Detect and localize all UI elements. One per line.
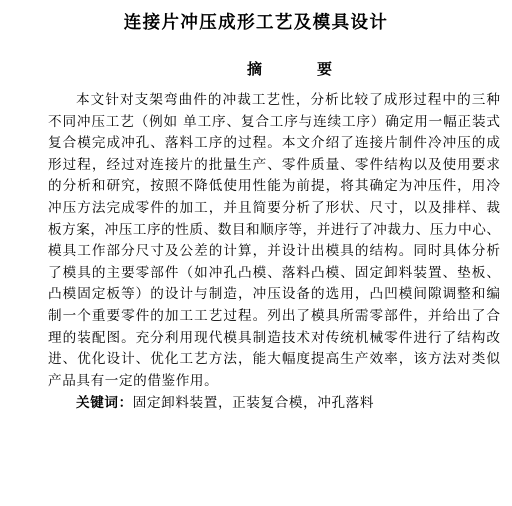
keywords-value: 固定卸料装置，正装复合模，冲孔落料 xyxy=(133,395,374,411)
abstract-line: 本文针对支架弯曲件的冲裁工艺性，分析比较了成形过程中的三种 xyxy=(48,90,500,112)
abstract-line: 复合模完成冲孔、落料工序的过程。本文介绍了连接片制件冷冲压的成 xyxy=(48,133,500,155)
abstract-heading-char-1: 摘 xyxy=(247,58,262,80)
keywords-label: 关键词： xyxy=(76,395,133,411)
abstract-heading-char-2: 要 xyxy=(317,58,332,80)
abstract-line: 冲压方法完成零件的加工，并且简要分析了形状、尺寸，以及排样、裁 xyxy=(48,198,500,220)
abstract-line: 了模具的主要零部件（如冲孔凸模、落料凸模、固定卸料装置、垫板、 xyxy=(48,263,500,285)
abstract-heading: 摘 要 xyxy=(0,58,512,80)
abstract-line: 凸模固定板等）的设计与制造，冲压设备的选用，凸凹模间隙调整和编 xyxy=(48,284,500,306)
document-title: 连接片冲压成形工艺及模具设计 xyxy=(0,12,512,34)
abstract-body: 本文针对支架弯曲件的冲裁工艺性，分析比较了成形过程中的三种 不同冲压工艺（例如 … xyxy=(48,90,500,414)
abstract-line: 模具工作部分尺寸及公差的计算，并设计出模具的结构。同时具体分析 xyxy=(48,241,500,263)
abstract-line: 不同冲压工艺（例如 单工序、复合工序与连续工序）确定用一幅正装式 xyxy=(48,112,500,134)
abstract-line: 产品具有一定的借鉴作用。 xyxy=(48,371,500,393)
abstract-line: 形过程，经过对连接片的批量生产、零件质量、零件结构以及使用要求 xyxy=(48,155,500,177)
abstract-line: 进、优化设计、优化工艺方法，能大幅度提高生产效率，该方法对类似 xyxy=(48,349,500,371)
abstract-line: 板方案，冲压工序的性质、数目和顺序等，并进行了冲裁力、压力中心、 xyxy=(48,220,500,242)
abstract-line: 制一个重要零件的加工工艺过程。列出了模具所需零部件，并给出了合 xyxy=(48,306,500,328)
abstract-line: 理的装配图。充分利用现代模具制造技术对传统机械零件进行了结构改 xyxy=(48,328,500,350)
abstract-line: 的分析和研究，按照不降低使用性能为前提，将其确定为冲压件，用冷 xyxy=(48,176,500,198)
keywords-line: 关键词：固定卸料装置，正装复合模，冲孔落料 xyxy=(48,392,500,414)
